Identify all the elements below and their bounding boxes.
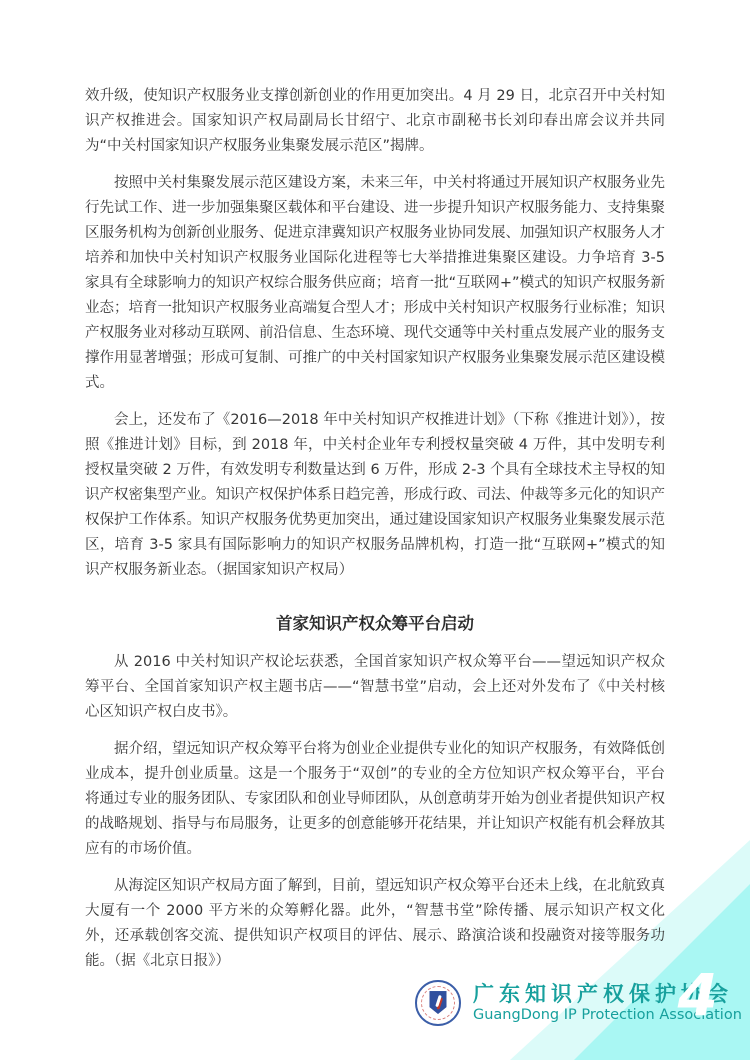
paragraph: 按照中关村集聚发展示范区建设方案，未来三年，中关村将通过开展知识产权服务业先行先… — [85, 171, 665, 396]
section-heading: 首家知识产权众筹平台启动 — [85, 611, 665, 636]
document-page: 效升级，使知识产权服务业支撑创新创业的作用更加突出。4 月 29 日，北京召开中… — [0, 0, 750, 1060]
paragraph: 据介绍，望远知识产权众筹平台将为创业企业提供专业化的知识产权服务，有效降低创业成… — [85, 737, 665, 862]
paragraph: 从 2016 中关村知识产权论坛获悉，全国首家知识产权众筹平台——望远知识产权众… — [85, 650, 665, 725]
paragraph: 从海淀区知识产权局方面了解到，目前，望远知识产权众筹平台还未上线，在北航致真大厦… — [85, 874, 665, 974]
page-number: 4 — [678, 965, 718, 1025]
gdipa-emblem-icon — [415, 980, 461, 1026]
paragraph-continuation: 效升级，使知识产权服务业支撑创新创业的作用更加突出。4 月 29 日，北京召开中… — [85, 84, 665, 159]
emblem-shield-mark — [435, 995, 442, 1007]
page-content: 效升级，使知识产权服务业支撑创新创业的作用更加突出。4 月 29 日，北京召开中… — [85, 84, 665, 986]
paragraph: 会上，还发布了《2016—2018 年中关村知识产权推进计划》（下称《推进计划》… — [85, 408, 665, 583]
